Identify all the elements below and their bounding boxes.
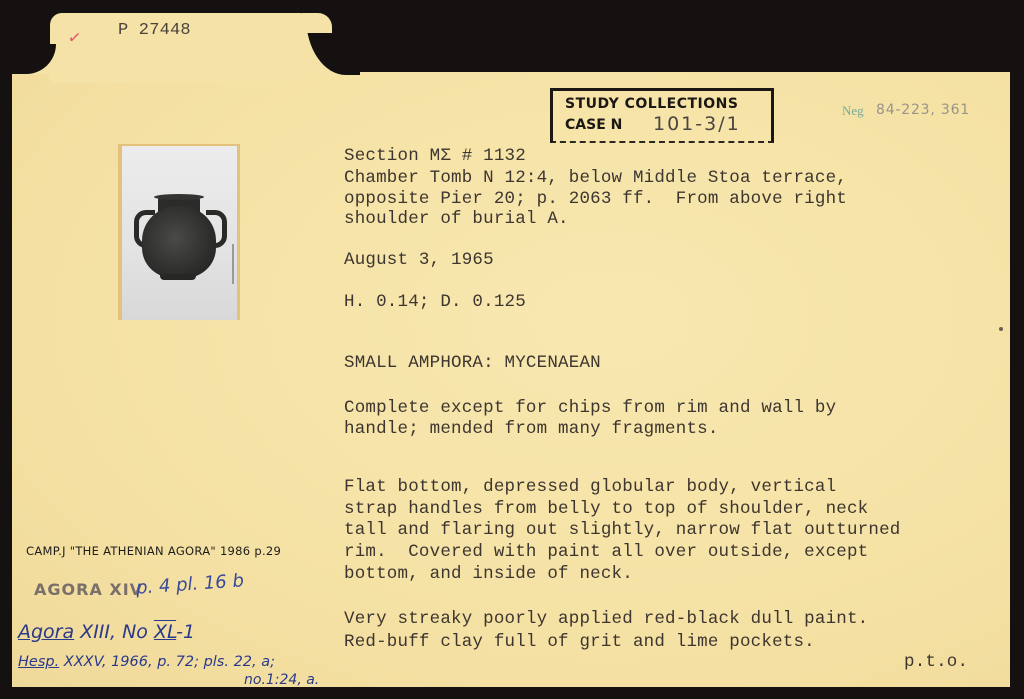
scale-bar — [232, 244, 234, 284]
findspot-line-2: opposite Pier 20; p. 2063 ff. From above… — [344, 189, 847, 211]
dimensions: H. 0.14; D. 0.125 — [344, 292, 526, 314]
inventory-number: P 27448 — [118, 20, 191, 42]
condition-line-2: handle; mended from many fragments. — [344, 419, 719, 441]
object-title: SMALL AMPHORA: MYCENAEAN — [344, 353, 601, 375]
vase-rim — [154, 194, 204, 200]
condition-line-1: Complete except for chips from rim and w… — [344, 398, 836, 420]
vase-foot — [160, 274, 196, 280]
card-tab-curve-left — [12, 44, 56, 74]
description-line-5: bottom, and inside of neck. — [344, 564, 633, 586]
stamp-case-number: 101-3/1 — [653, 113, 741, 135]
hesp-text: XXXV, 1966, p. 72; pls. 22, a; — [59, 654, 275, 670]
agora-xiii-text: XIII, No — [74, 621, 154, 643]
stamp-case-label: CASE N — [565, 117, 622, 133]
hesperia-note-line-1: Hesp. XXXV, 1966, p. 72; pls. 22, a; — [18, 654, 275, 670]
date: August 3, 1965 — [344, 250, 494, 272]
hesperia-note-line-2: no.1:24, a. — [244, 672, 319, 688]
please-turn-over: p.t.o. — [904, 652, 968, 674]
agora-xiii-tail: -1 — [176, 621, 195, 643]
negative-number: 84-223, 361 — [876, 102, 970, 118]
agora-xiv-stamp: AGORA XIV — [34, 580, 143, 599]
agora-xiii-number: XL — [154, 621, 176, 643]
paint-line-2: Red-buff clay full of grit and lime pock… — [344, 632, 815, 654]
check-mark-icon: ✓ — [67, 27, 83, 48]
description-line-3: tall and flaring out slightly, narrow fl… — [344, 520, 901, 542]
card-speck — [999, 327, 1003, 331]
description-line-1: Flat bottom, depressed globular body, ve… — [344, 477, 836, 499]
findspot-line-3: shoulder of burial A. — [344, 209, 569, 231]
stamp-title: STUDY COLLECTIONS — [565, 96, 738, 112]
agora-xiii-note: Agora XIII, No XL-1 — [18, 621, 195, 643]
section-line: Section MΣ # 1132 — [344, 146, 526, 168]
study-collections-stamp: STUDY COLLECTIONS CASE N 101-3/1 — [550, 88, 774, 143]
description-line-2: strap handles from belly to top of shoul… — [344, 499, 868, 521]
negative-label: Neg — [842, 103, 864, 119]
paint-line-1: Very streaky poorly applied red-black du… — [344, 609, 868, 631]
description-line-4: rim. Covered with paint all over outside… — [344, 542, 868, 564]
findspot-line-1: Chamber Tomb N 12:4, below Middle Stoa t… — [344, 168, 847, 190]
card-tab-curve-right — [306, 13, 360, 75]
amphora-photo — [122, 146, 237, 320]
vase-body — [142, 206, 216, 278]
hesp-word: Hesp. — [18, 654, 59, 670]
agora-word: Agora — [18, 621, 74, 643]
camp-reference-note: CAMP.J "THE ATHENIAN AGORA" 1986 p.29 — [26, 544, 281, 558]
